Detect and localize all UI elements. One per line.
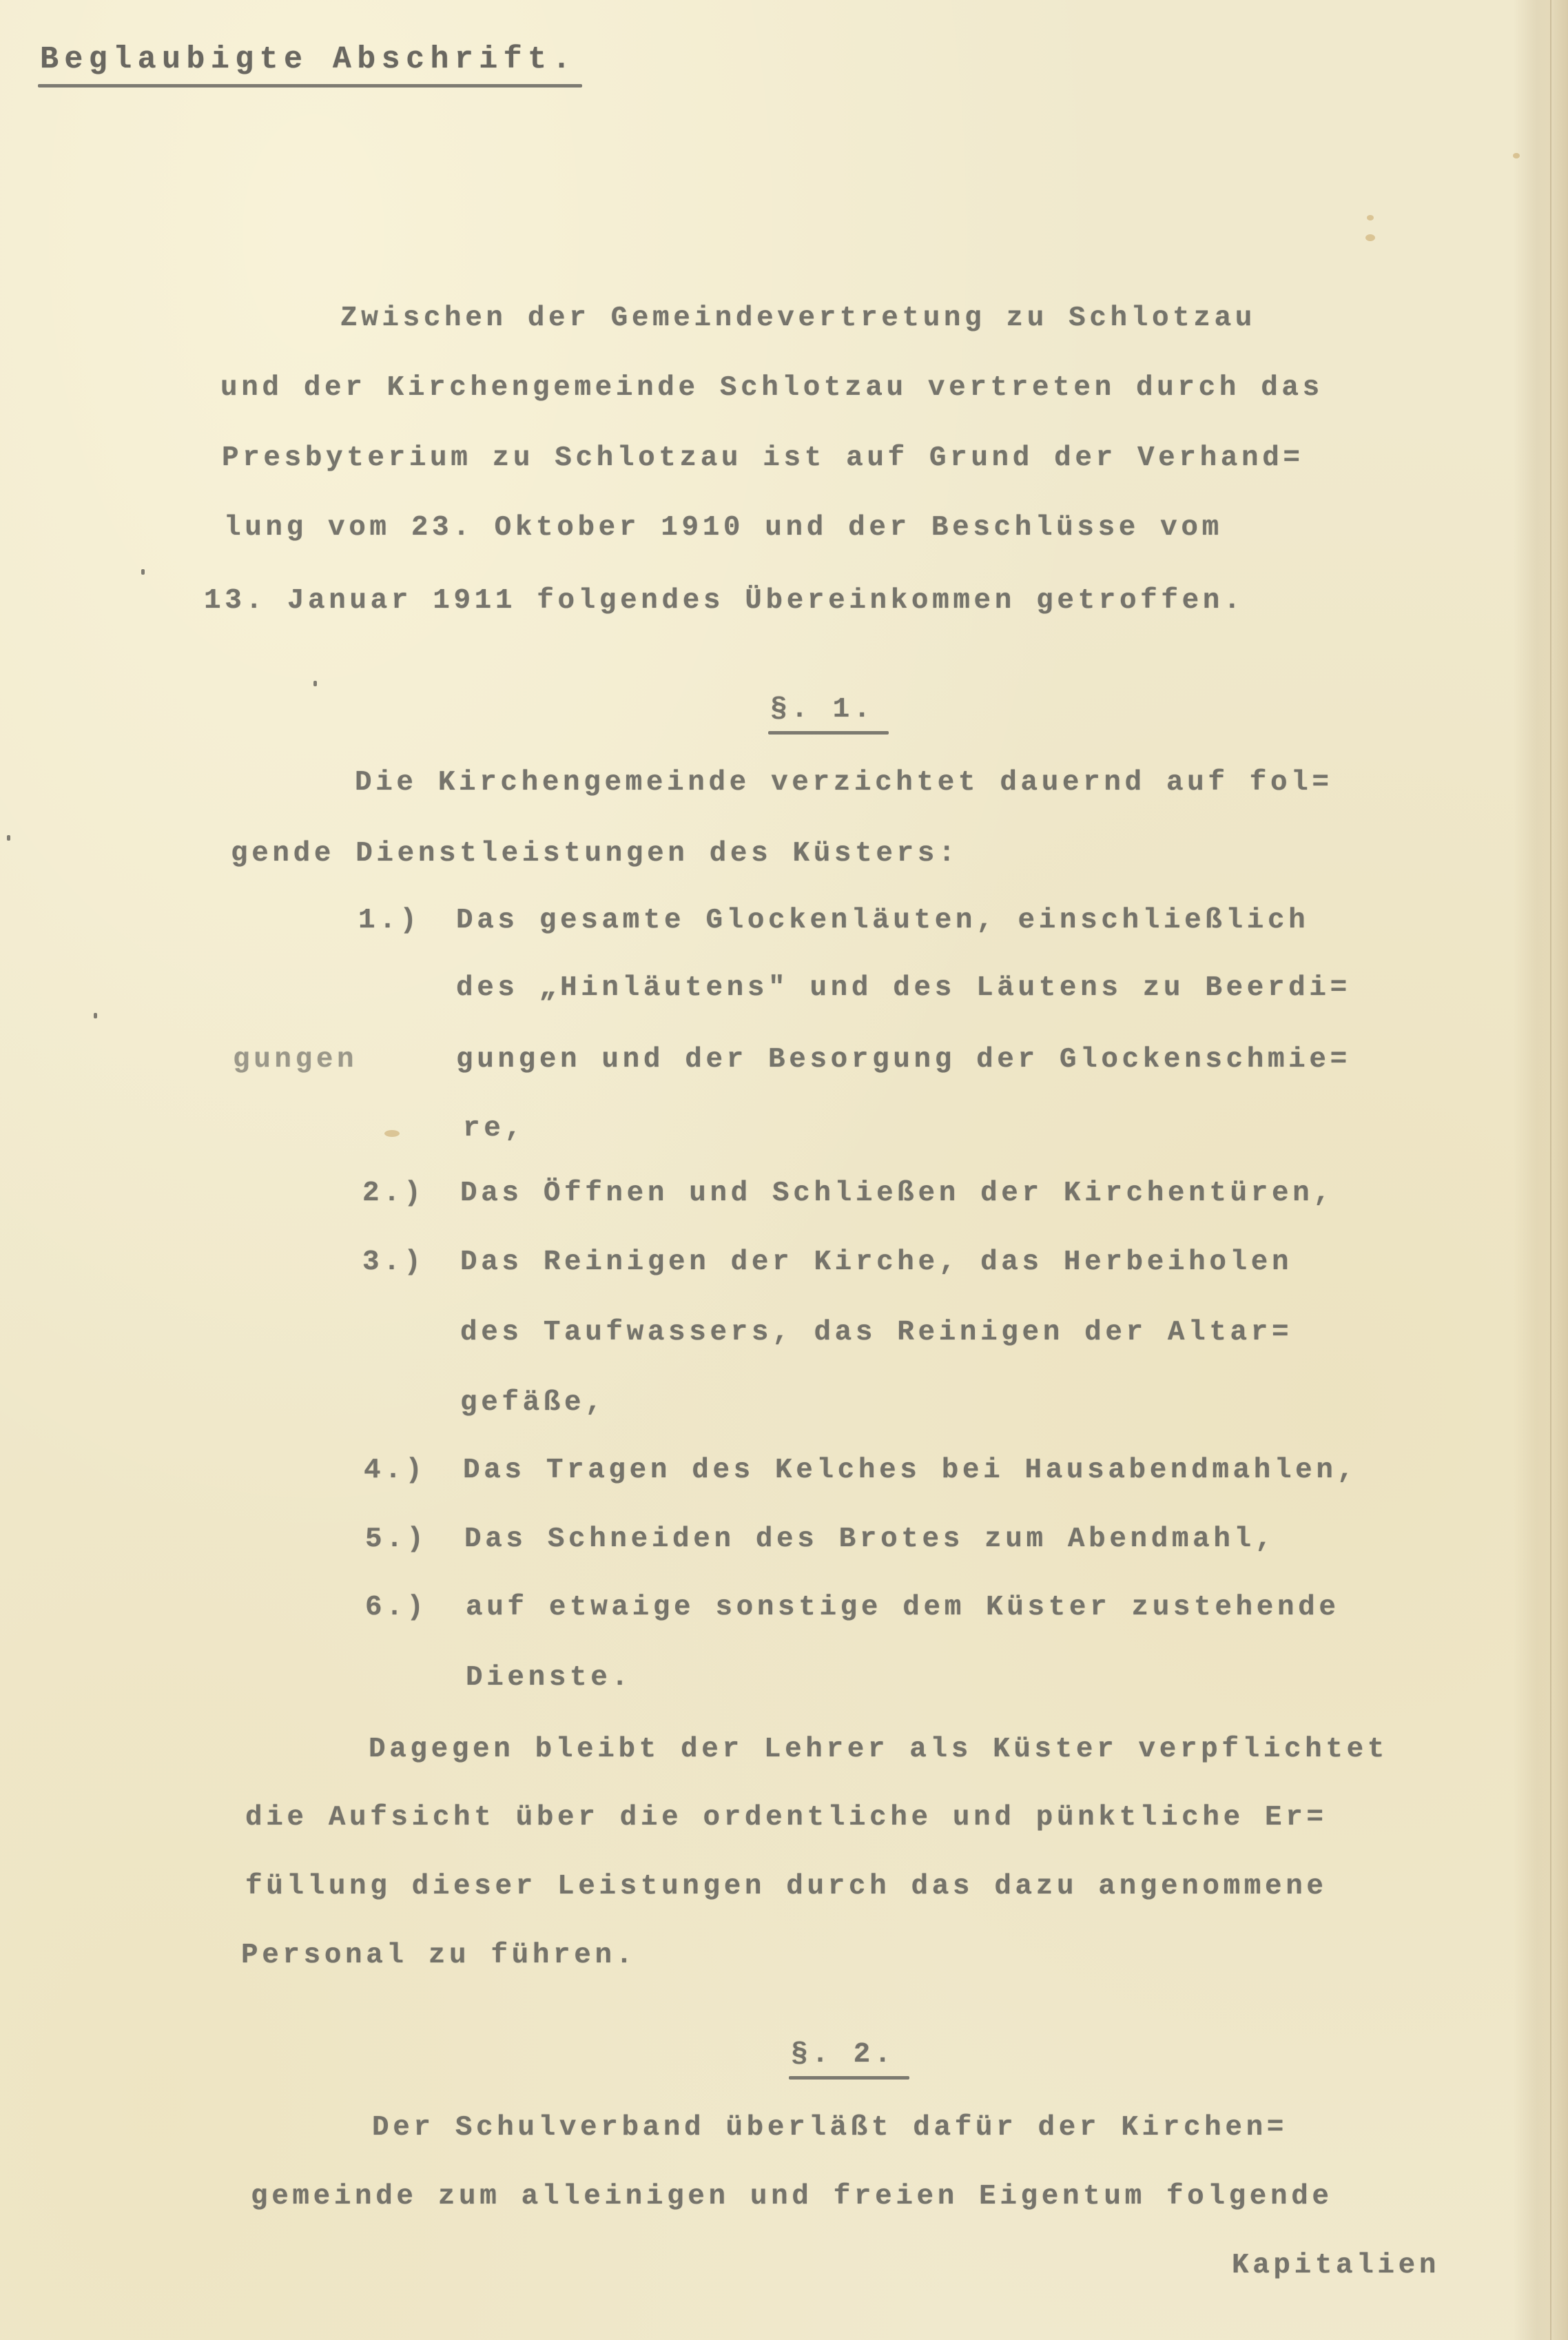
preamble-line-2: und der Kirchengemeinde Schlotzau vertre… bbox=[220, 374, 1323, 402]
paper-stain bbox=[1513, 153, 1520, 158]
item-6-line-1: auf etwaige sonstige dem Küster zustehen… bbox=[466, 1594, 1340, 1622]
section-2-heading: §. 2. bbox=[791, 2041, 895, 2069]
section-1-intro-line-1: Die Kirchengemeinde verzichtet dauernd a… bbox=[355, 769, 1333, 797]
paper-stain bbox=[1367, 215, 1374, 220]
preamble-line-4: lung vom 23. Oktober 1910 und der Beschl… bbox=[224, 514, 1223, 542]
item-6-number: 6.) bbox=[365, 1594, 428, 1622]
ink-speck bbox=[7, 835, 10, 841]
closing-line-4: Personal zu führen. bbox=[241, 1942, 637, 1970]
section-2-underline bbox=[789, 2076, 909, 2080]
item-5-number: 5.) bbox=[365, 1526, 428, 1554]
ink-speck bbox=[313, 681, 317, 686]
item-1-margin-note: gungen bbox=[233, 1046, 358, 1074]
closing-line-2: die Aufsicht über die ordentliche und pü… bbox=[245, 1804, 1328, 1832]
paper-edge bbox=[1550, 0, 1568, 2340]
item-4-number: 4.) bbox=[364, 1457, 426, 1485]
item-3-number: 3.) bbox=[362, 1249, 425, 1277]
item-6-line-2: Dienste. bbox=[466, 1664, 632, 1692]
closing-line-1: Dagegen bleibt der Lehrer als Küster ver… bbox=[369, 1736, 1388, 1764]
paper-stain bbox=[1365, 234, 1375, 241]
item-5-line-1: Das Schneiden des Brotes zum Abendmahl, bbox=[464, 1526, 1276, 1554]
item-3-line-2: des Taufwassers, das Reinigen der Altar= bbox=[460, 1319, 1292, 1347]
ink-speck bbox=[94, 1013, 97, 1018]
item-4-line-1: Das Tragen des Kelches bei Hausabendmahl… bbox=[463, 1457, 1358, 1485]
section-2-line-1: Der Schulverband überläßt dafür der Kirc… bbox=[372, 2114, 1288, 2142]
paper-stain bbox=[384, 1130, 400, 1137]
preamble-line-5: 13. Januar 1911 folgendes Übereinkommen … bbox=[204, 587, 1244, 615]
item-2-number: 2.) bbox=[362, 1180, 425, 1208]
section-2-line-3: Kapitalien bbox=[1232, 2252, 1440, 2280]
item-1-line-2: des „Hinläutens" und des Läutens zu Beer… bbox=[456, 974, 1351, 1003]
section-1-heading: §. 1. bbox=[770, 696, 874, 724]
preamble-line-3: Presbyterium zu Schlotzau ist auf Grund … bbox=[222, 444, 1304, 473]
document-page: Beglaubigte Abschrift. Zwischen der Geme… bbox=[0, 0, 1568, 2340]
document-title: Beglaubigte Abschrift. bbox=[40, 44, 577, 75]
ink-speck bbox=[141, 569, 145, 575]
item-1-number: 1.) bbox=[358, 907, 421, 935]
item-3-line-1: Das Reinigen der Kirche, das Herbeiholen bbox=[460, 1249, 1292, 1277]
item-1-line-1: Das gesamte Glockenläuten, einschließlic… bbox=[456, 907, 1309, 935]
item-3-line-3: gefäße, bbox=[460, 1389, 606, 1417]
item-1-line-4: re, bbox=[463, 1115, 526, 1143]
item-1-line-3: gungen und der Besorgung der Glockenschm… bbox=[456, 1046, 1351, 1074]
section-1-intro-line-2: gende Dienstleistungen des Küsters: bbox=[231, 840, 959, 868]
closing-line-3: füllung dieser Leistungen durch das dazu… bbox=[245, 1873, 1328, 1901]
title-underline bbox=[38, 84, 582, 88]
section-1-underline bbox=[768, 731, 889, 735]
item-2-line-1: Das Öffnen und Schließen der Kirchentüre… bbox=[460, 1180, 1334, 1208]
preamble-line-1: Zwischen der Gemeindevertretung zu Schlo… bbox=[340, 305, 1256, 333]
section-2-line-2: gemeinde zum alleinigen und freien Eigen… bbox=[251, 2183, 1333, 2211]
